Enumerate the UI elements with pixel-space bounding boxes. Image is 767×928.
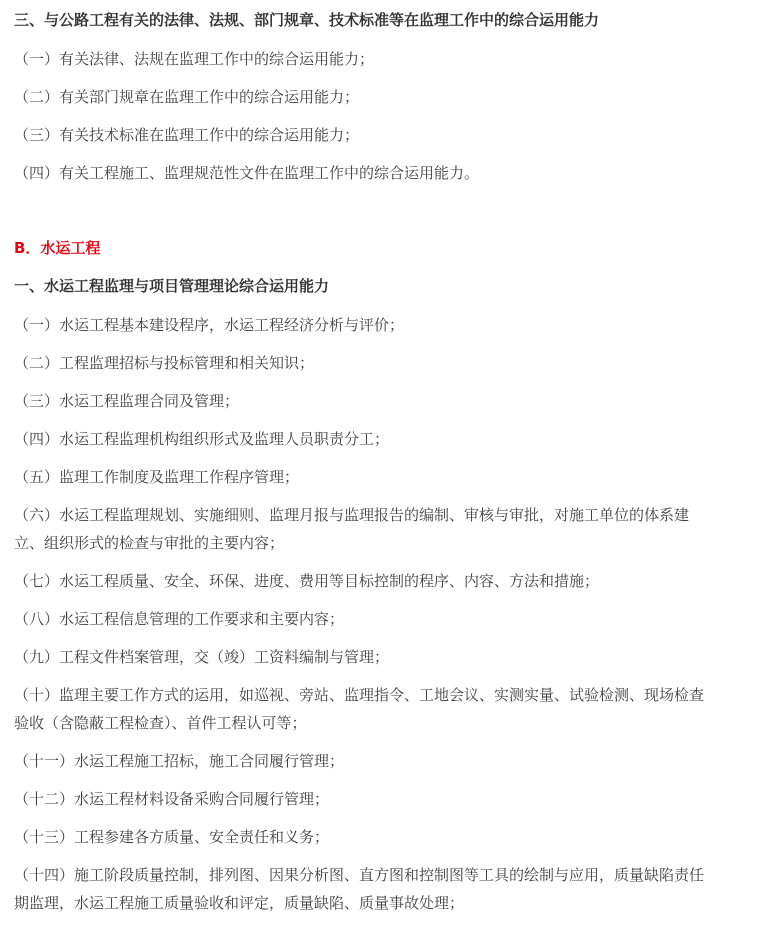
list-item: （六）水运工程监理规划、实施细则、监理月报与监理报告的编制、审核与审批，对施工单… [14, 501, 707, 557]
list-item: （五）监理工作制度及监理工作程序管理； [14, 463, 707, 491]
section-b-heading: 一、水运工程监理与项目管理理论综合运用能力 [14, 272, 707, 300]
list-item: （十二）水运工程材料设备采购合同履行管理； [14, 785, 707, 813]
list-item: （十四）施工阶段质量控制，排列图、因果分析图、直方图和控制图等工具的绘制与应用，… [14, 861, 707, 917]
section-b-title: B．水运工程 [14, 234, 707, 262]
list-item: （二）有关部门规章在监理工作中的综合运用能力； [14, 83, 707, 111]
list-item: （十）监理主要工作方式的运用，如巡视、旁站、监理指令、工地会议、实测实量、试验检… [14, 681, 707, 737]
list-item: （二）工程监理招标与投标管理和相关知识； [14, 349, 707, 377]
list-item: （四）水运工程监理机构组织形式及监理人员职责分工； [14, 425, 707, 453]
list-item: （四）有关工程施工、监理规范性文件在监理工作中的综合运用能力。 [14, 159, 707, 187]
list-item: （一）水运工程基本建设程序，水运工程经济分析与评价； [14, 311, 707, 339]
list-item: （三）水运工程监理合同及管理； [14, 387, 707, 415]
section-a-heading: 三、与公路工程有关的法律、法规、部门规章、技术标准等在监理工作中的综合运用能力 [14, 6, 707, 34]
list-item: （三）有关技术标准在监理工作中的综合运用能力； [14, 121, 707, 149]
list-item: （九）工程文件档案管理，交（竣）工资料编制与管理； [14, 643, 707, 671]
list-item: （一）有关法律、法规在监理工作中的综合运用能力； [14, 45, 707, 73]
list-item: （七）水运工程质量、安全、环保、进度、费用等目标控制的程序、内容、方法和措施； [14, 567, 707, 595]
list-item: （十一）水运工程施工招标，施工合同履行管理； [14, 747, 707, 775]
list-item: （十三）工程参建各方质量、安全责任和义务； [14, 823, 707, 851]
list-item: （八）水运工程信息管理的工作要求和主要内容； [14, 605, 707, 633]
